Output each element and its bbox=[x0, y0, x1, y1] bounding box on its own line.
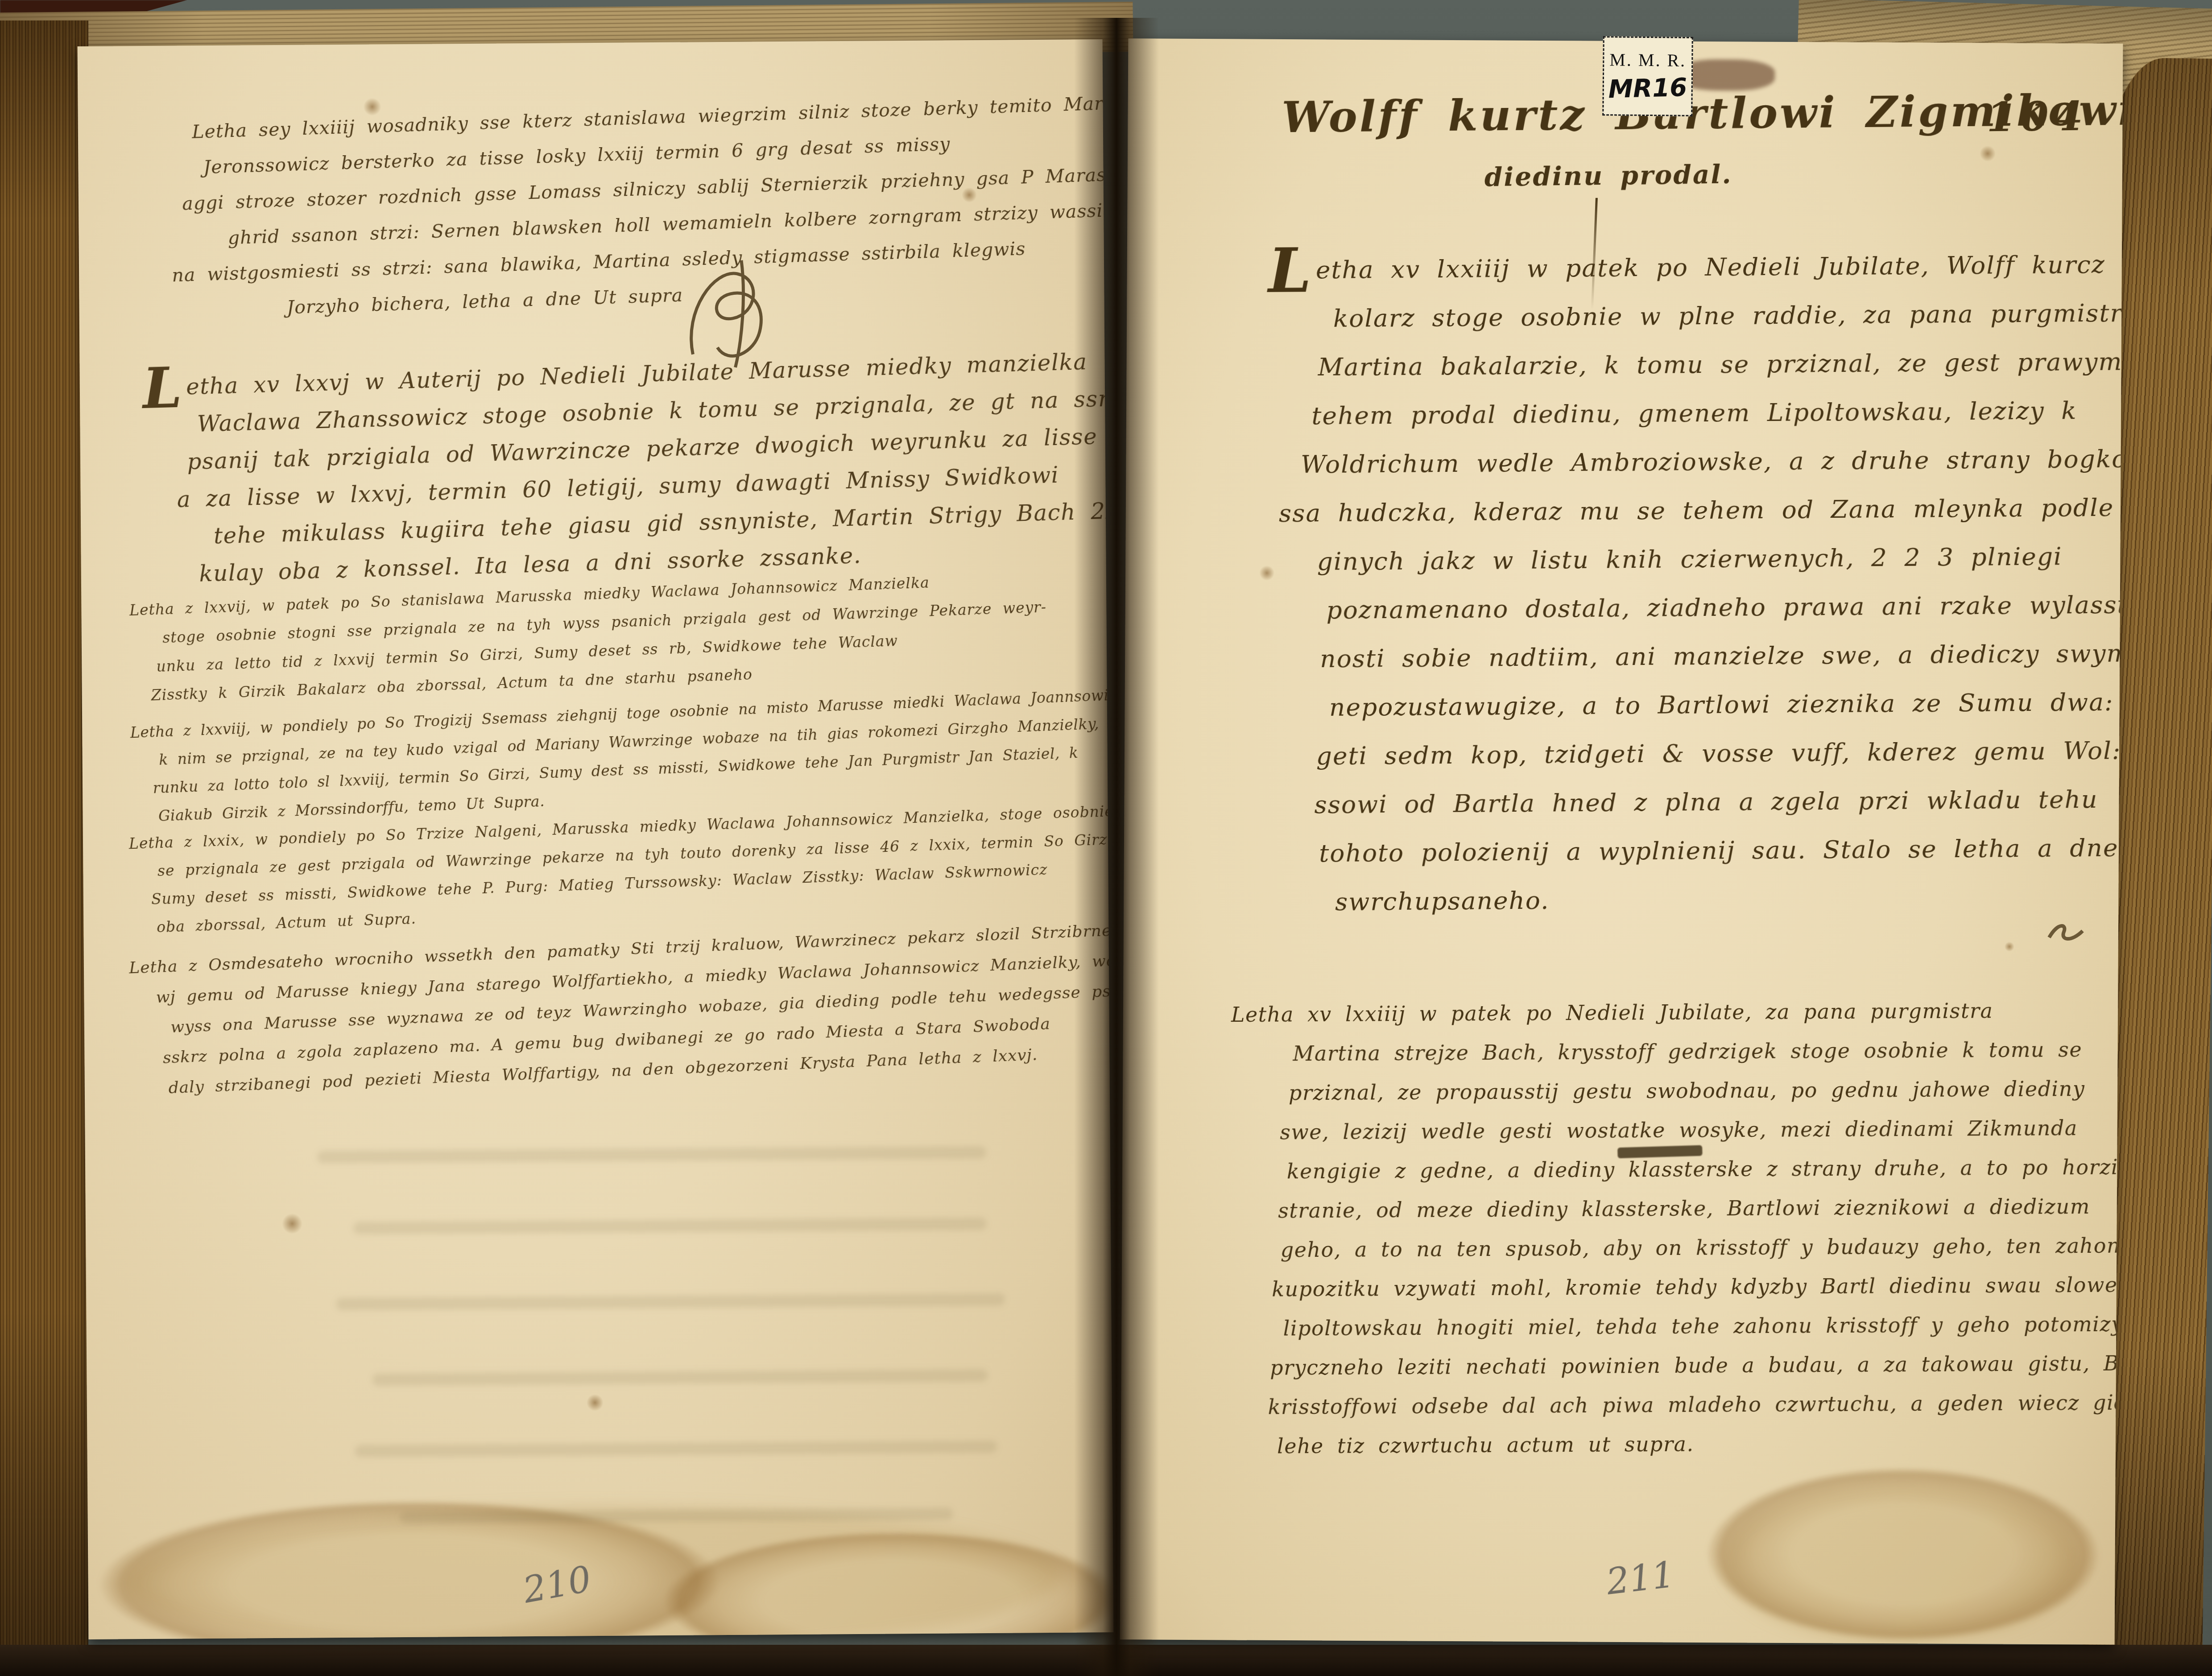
ink-show-through bbox=[336, 1293, 1005, 1310]
foxing-spot bbox=[587, 1394, 604, 1411]
archive-label: M. M. R. MR16 bbox=[1602, 36, 1693, 116]
record-entry-1: Letha sey lxxiiij wosadniky sse kterz st… bbox=[167, 84, 1113, 329]
handwritten-line: ginych jakz w listu knih czierwenych, 2 … bbox=[1270, 532, 2123, 586]
handwritten-line: ssowi od Bartla hned z plna a zgela przi… bbox=[1272, 775, 2123, 830]
ink-show-through bbox=[372, 1369, 988, 1386]
handwritten-line: Martina bakalarzie, k tomu se prziznal, … bbox=[1269, 337, 2123, 392]
fore-edge-left bbox=[0, 21, 88, 1676]
handwritten-line: nosti sobie nadtiim, ani manzielze swe, … bbox=[1271, 629, 2123, 684]
handwritten-line: Letha xv lxxiiij w patek po Nedieli Jubi… bbox=[1231, 990, 2123, 1034]
handwritten-line: stranie, od meze diediny klassterske, Ba… bbox=[1262, 1186, 2123, 1230]
archive-label-shelfmark: MR16 bbox=[1604, 73, 1692, 104]
handwritten-line: geti sedm kop, tzidgeti & vosse vuff, kd… bbox=[1271, 726, 2123, 781]
water-stain-tide-line bbox=[1691, 1460, 2116, 1645]
handwritten-line: Martina strejze Bach, krysstoff gedrzige… bbox=[1261, 1029, 2123, 1073]
record-entry-2: Letha xv lxxvj w Auterij po Nedieli Jubi… bbox=[142, 340, 1114, 594]
book-gutter bbox=[1074, 18, 1159, 1676]
record-entry-main: Letha xv lxxiiij w patek po Nedieli Jubi… bbox=[1268, 240, 2123, 927]
foxing-spot bbox=[282, 1214, 302, 1234]
handwritten-line: prziznal, ze propausstij gestu swobodnau… bbox=[1262, 1069, 2123, 1113]
foxing-spot bbox=[1980, 145, 1996, 161]
handwritten-line: swrchupsaneho. bbox=[1273, 872, 2123, 927]
handwritten-line: tehem prodal diedinu, gmenem Lipoltowska… bbox=[1269, 386, 2123, 441]
entry-subheading: diedinu prodal. bbox=[1484, 159, 1732, 192]
handwritten-line: kupozitku vzywati mohl, kromie tehdy kdy… bbox=[1263, 1265, 2123, 1309]
handwritten-line: pryczneho leziti nechati powinien bude a… bbox=[1263, 1343, 2123, 1387]
manuscript-spread-photo: Letha sey lxxiiij wosadniky sse kterz st… bbox=[0, 0, 2212, 1676]
handwritten-line: ssa hudczka, kderaz mu se tehem od Zana … bbox=[1270, 483, 2123, 538]
record-entry-6: Letha z Osmdesateho wrocniho wssetkh den… bbox=[128, 912, 1113, 1105]
margin-squiggle bbox=[2047, 917, 2087, 944]
ink-show-through bbox=[355, 1441, 997, 1457]
archive-label-sigla: M. M. R. bbox=[1604, 49, 1691, 71]
handwritten-line: Woldrichum wedle Ambroziowske, a z druhe… bbox=[1269, 434, 2123, 489]
pencil-page-number: 211 bbox=[1604, 1554, 1677, 1603]
handwritten-line: lehe tiz czwrtuchu actum ut supra. bbox=[1264, 1422, 2123, 1466]
handwritten-line: Letha xv lxxiiij w patek po Nedieli Jubi… bbox=[1268, 240, 2123, 295]
handwritten-line: kolarz stoge osobnie w plne raddie, za p… bbox=[1268, 289, 2123, 343]
handwritten-line: geho, a to na ten spusob, aby on krissto… bbox=[1262, 1226, 2123, 1270]
right-page: Wolff kurtz Bartlowi Zigmikowi 104 diedi… bbox=[1120, 38, 2123, 1645]
ink-show-through bbox=[317, 1146, 986, 1163]
handwritten-line: poznamenano dostala, ziadneho prawa ani … bbox=[1270, 580, 2123, 635]
ink-speck bbox=[2005, 942, 2014, 952]
handwritten-line: nepozustawugize, a to Bartlowi zieznika … bbox=[1271, 677, 2123, 732]
handwritten-line: lipoltowskau hnogiti miel, tehda tehe za… bbox=[1263, 1304, 2123, 1348]
left-page: Letha sey lxxiiij wosadniky sse kterz st… bbox=[78, 39, 1114, 1639]
entry-heading-folio-number: 104 bbox=[1986, 92, 2089, 141]
handwritten-line: tohoto polozienij a wyplnienij sau. Stal… bbox=[1272, 823, 2123, 878]
ink-show-through bbox=[353, 1218, 987, 1234]
handwritten-line: krisstoffowi odsebe dal ach piwa mladeho… bbox=[1263, 1383, 2123, 1427]
record-entry-secondary: Letha xv lxxiiij w patek po Nedieli Jubi… bbox=[1261, 990, 2123, 1466]
